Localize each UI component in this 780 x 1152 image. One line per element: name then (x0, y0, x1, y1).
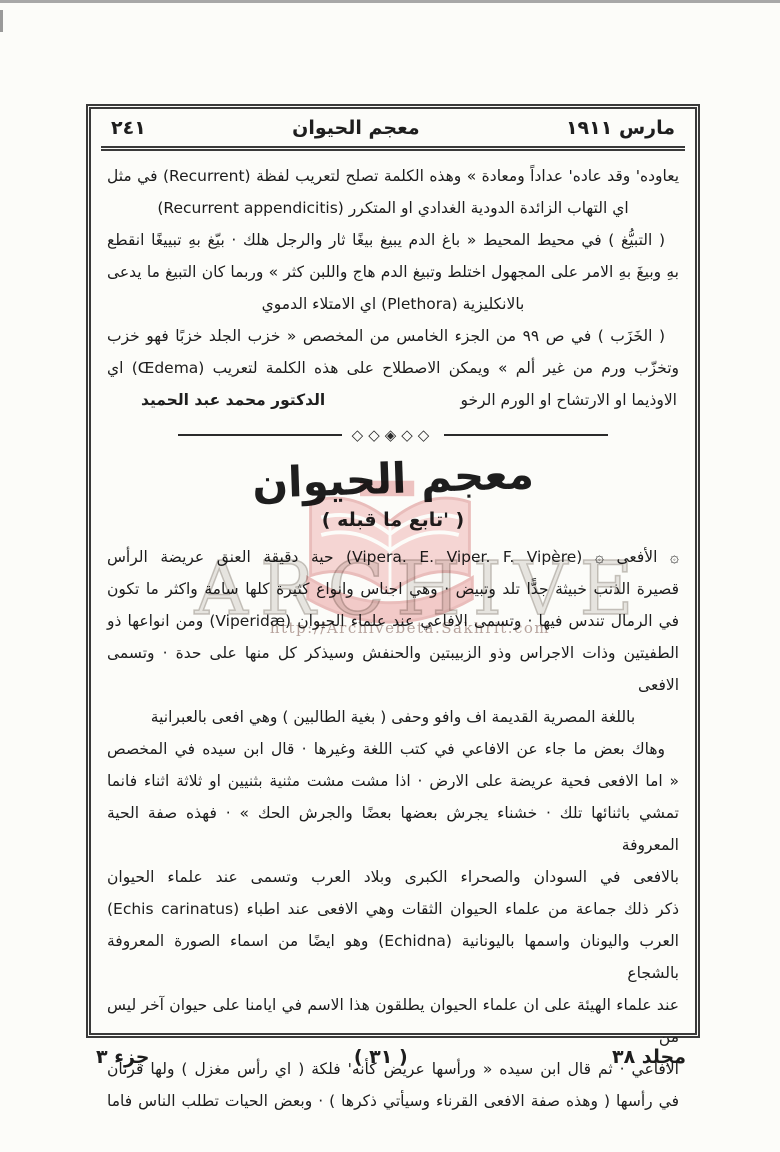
entry-heading-line: ۞ الأفعى ۞ ‎(Vipera. E. Viper. F. Vipère… (107, 541, 679, 573)
text-line: ( التبيُّغ ) في محيط المحيط « باغ الدم ي… (107, 224, 679, 256)
scanned-journal-page: مارس ١٩١١ معجم الحيوان ٢٤١ يعاوده' وقد ع… (0, 0, 780, 1152)
text-line: الاوذيما او الارتشاح او الورم الرخو (460, 384, 679, 416)
text-line: قصيرة الذنب خبيثة جدًّا تلد وتبيض · وهي … (107, 573, 679, 605)
page-footer: مجلد ٣٨ ( ٣١ ) جزء ٣ (86, 1046, 700, 1068)
text-line: ( الخَزَب ) في ص ٩٩ من الجزء الخامس من ا… (107, 320, 679, 352)
text-line: وتخزّب ورم من غير ألم » ويمكن الاصطلاح ع… (107, 352, 679, 384)
footer-volume: مجلد ٣٨ (612, 1046, 686, 1068)
text-line: بالافعى في السودان والصحراء الكبرى وبلاد… (107, 861, 679, 893)
footer-part: جزء ٣ (96, 1046, 149, 1068)
text-line: في الرمال تندس فيها · وتسمى الافاعي عند … (107, 605, 679, 637)
scan-edge-line (0, 0, 780, 3)
text-line: « اما الافعى فحية عريضة على الارض · اذا … (107, 765, 679, 797)
author-signature: الدكتور محمد عبد الحميد (107, 384, 325, 416)
text-line: اي التهاب الزائدة الدودية الغدادي او الم… (107, 192, 679, 224)
diamond-ornament-icon: ◇◇◈◇◇ (352, 426, 435, 444)
footer-page-number: ( ٣١ ) (354, 1046, 408, 1068)
text-line: الطفيتين وذات الاجراس وذو الزبيبتين والح… (107, 637, 679, 701)
text-line: تمشي باثنائها تلك · خشناء يجرش بعضها بعض… (107, 797, 679, 861)
scan-edge-mark (0, 10, 3, 32)
ornamental-divider: ◇◇◈◇◇ (178, 426, 608, 444)
text-line: في رأسها ( وهذه صفة الافعى القرناء وسيأت… (107, 1085, 679, 1117)
text-line: ذكر ذلك جماعة من علماء الحيوان الثقات وه… (107, 893, 679, 925)
header-journal-title: معجم الحيوان (292, 117, 419, 139)
text-line: بالانكليزية ‎(Plethora)‎ اي الامتلاء الد… (107, 288, 679, 320)
text-line: باللغة المصرية القديمة اف وافو وحفى ( بغ… (107, 701, 679, 733)
signature-row: الاوذيما او الارتشاح او الورم الرخو الدك… (107, 384, 679, 416)
header-date: مارس ١٩١١ (566, 117, 675, 139)
text-line: العرب واليونان واسمها باليونانية ‎(Echid… (107, 925, 679, 989)
header-page-number: ٢٤١ (111, 117, 146, 139)
page-frame: مارس ١٩١١ معجم الحيوان ٢٤١ يعاوده' وقد ع… (86, 104, 700, 1038)
page-body: يعاوده' وقد عاده' عداداً ومعادة » وهذه ا… (101, 151, 685, 1117)
text-line: عند علماء الهيئة على ان علماء الحيوان يط… (107, 989, 679, 1053)
page-header: مارس ١٩١١ معجم الحيوان ٢٤١ (101, 112, 685, 151)
section-title: معجم الحيوان (106, 444, 679, 513)
text-line: بهِ وبيغَ بهِ الامر على المجهول اختلط وت… (107, 256, 679, 288)
text-line: يعاوده' وقد عاده' عداداً ومعادة » وهذه ا… (107, 160, 679, 192)
section-subtitle: ( تابع ما قبله' ) (107, 509, 679, 531)
text-line: وهاك بعض ما جاء عن الافاعي في كتب اللغة … (107, 733, 679, 765)
